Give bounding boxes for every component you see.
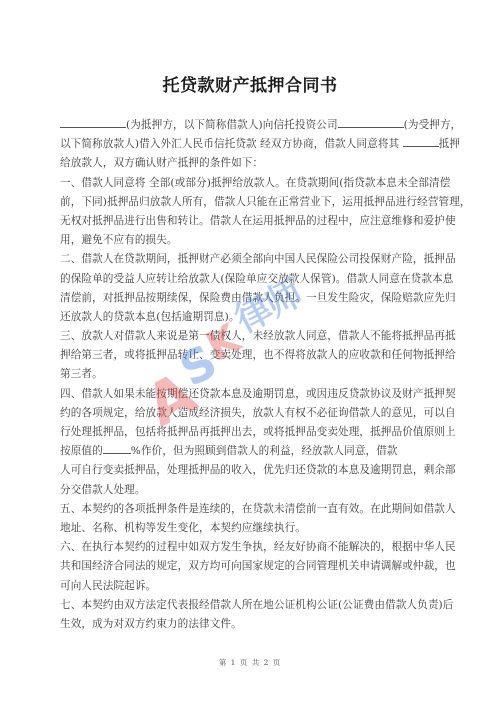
clause-2-line: 二、借款人在贷款期间，抵押财产必须全部向中国人民保险公司投保财产险，抵押品 (60, 250, 442, 269)
intro-line-2: 以下简称放款人)借入外汇人民币信托贷款 经双方协商，借款人同意将其 抵押 (60, 135, 442, 154)
clause-4-line: 人可自行变卖抵押品，处理抵押品的收入，优先归还贷款的本息及逾期罚息，剩余部 (60, 461, 442, 480)
document-title: 托贷款财产抵押合同书 (0, 71, 500, 96)
clause-1-line: 无权对抵押品进行出售和转让。借款人在运用抵押品的过程中，应注意维修和爱护使 (60, 212, 442, 231)
clause-4-line: 分交借款人处理。 (60, 481, 442, 500)
clause-5-line: 地址、名称、机构等发生变化，本契约应继续执行。 (60, 519, 442, 538)
clause-1-line: 前，下同)抵押品归放款人所有，借款人只能在正常营业下，运用抵押品进行经营管理， (60, 193, 442, 212)
clause-2-line: 还放款人的贷款本息(包括逾期罚息)。 (60, 308, 442, 327)
trust-company-name-blank[interactable] (338, 116, 404, 128)
valuation-percent-blank[interactable] (103, 442, 131, 454)
clause-4-line: 约的各项规定，给放款人造成经济损失，放款人有权不必征询借款人的意见，可以自 (60, 404, 442, 423)
document-page: 托贷款财产抵押合同书 (为抵押方，以下简称借款人)向信托投资公司(为受押方， 以… (0, 0, 500, 706)
document-body: (为抵押方，以下简称借款人)向信托投资公司(为受押方， 以下简称放款人)借入外汇… (60, 116, 442, 634)
borrower-name-blank[interactable] (60, 116, 126, 128)
clause-1-line: 用，避免不应有的损失。 (60, 231, 442, 250)
clause-7-line: 七、本契约由双方法定代表报经借款人所在地公证机构公证(公证费由借款人负责)后 (60, 596, 442, 615)
clause-3-line: 第三者。 (60, 365, 442, 384)
page-number: 第 1 页 共 2 页 (0, 657, 500, 668)
clause-2-line: 清偿前，对抵押品按期续保，保险费由借款人负担。一旦发生险灾，保险赔款应先归 (60, 289, 442, 308)
clause-5-line: 五、本契约的各项抵押条件是连续的，在贷款未清偿前一直有效。在此期间如借款人 (60, 500, 442, 519)
clause-3-line: 押给第三者，或将抵押品转让、变卖处理，也不得将放款人的应收款和任何物抵押给 (60, 346, 442, 365)
clause-7-line: 生效，成为对双方约束力的法律文件。 (60, 615, 442, 634)
clause-6-line: 可向人民法院起诉。 (60, 577, 442, 596)
clause-6-line: 六、在执行本契约的过程中如双方发生争执，经友好协商不能解决的，根据中华人民 (60, 538, 442, 557)
clause-4-line: 行处理抵押品，包括将抵押品再抵押出去，或将抵押品变卖处理，抵押品价值原则上 (60, 423, 442, 442)
clause-1-line: 一、借款人同意将 全部(或部分)抵押给放款人。在贷款期间(指贷款本息未全部清偿 (60, 174, 442, 193)
intro-line-1: (为抵押方，以下简称借款人)向信托投资公司(为受押方， (60, 116, 442, 135)
clause-6-line: 共和国经济合同法的规定，双方均可向国家规定的合同管理机关申请调解或仲裁，也 (60, 557, 442, 576)
intro-line-3: 给放款人，双方确认财产抵押的条件如下： (60, 154, 442, 173)
clause-4-line: 四、借款人如果未能按期偿还贷款本息及逾期罚息，或因违反贷款协议及财产抵押契 (60, 385, 442, 404)
collateral-blank[interactable] (403, 135, 439, 147)
clause-3-line: 三、放款人对借款人来说是第一债权人，未经放款人同意，借款人不能将抵押品再抵 (60, 327, 442, 346)
clause-2-line: 的保险单的受益人应转让给放款人(保险单应交放款人保管)。借款人同意在贷款本息 (60, 270, 442, 289)
clause-4-line: 按原值的%作价，但为照顾到借款人的利益，经放款人同意，借款 (60, 442, 442, 461)
